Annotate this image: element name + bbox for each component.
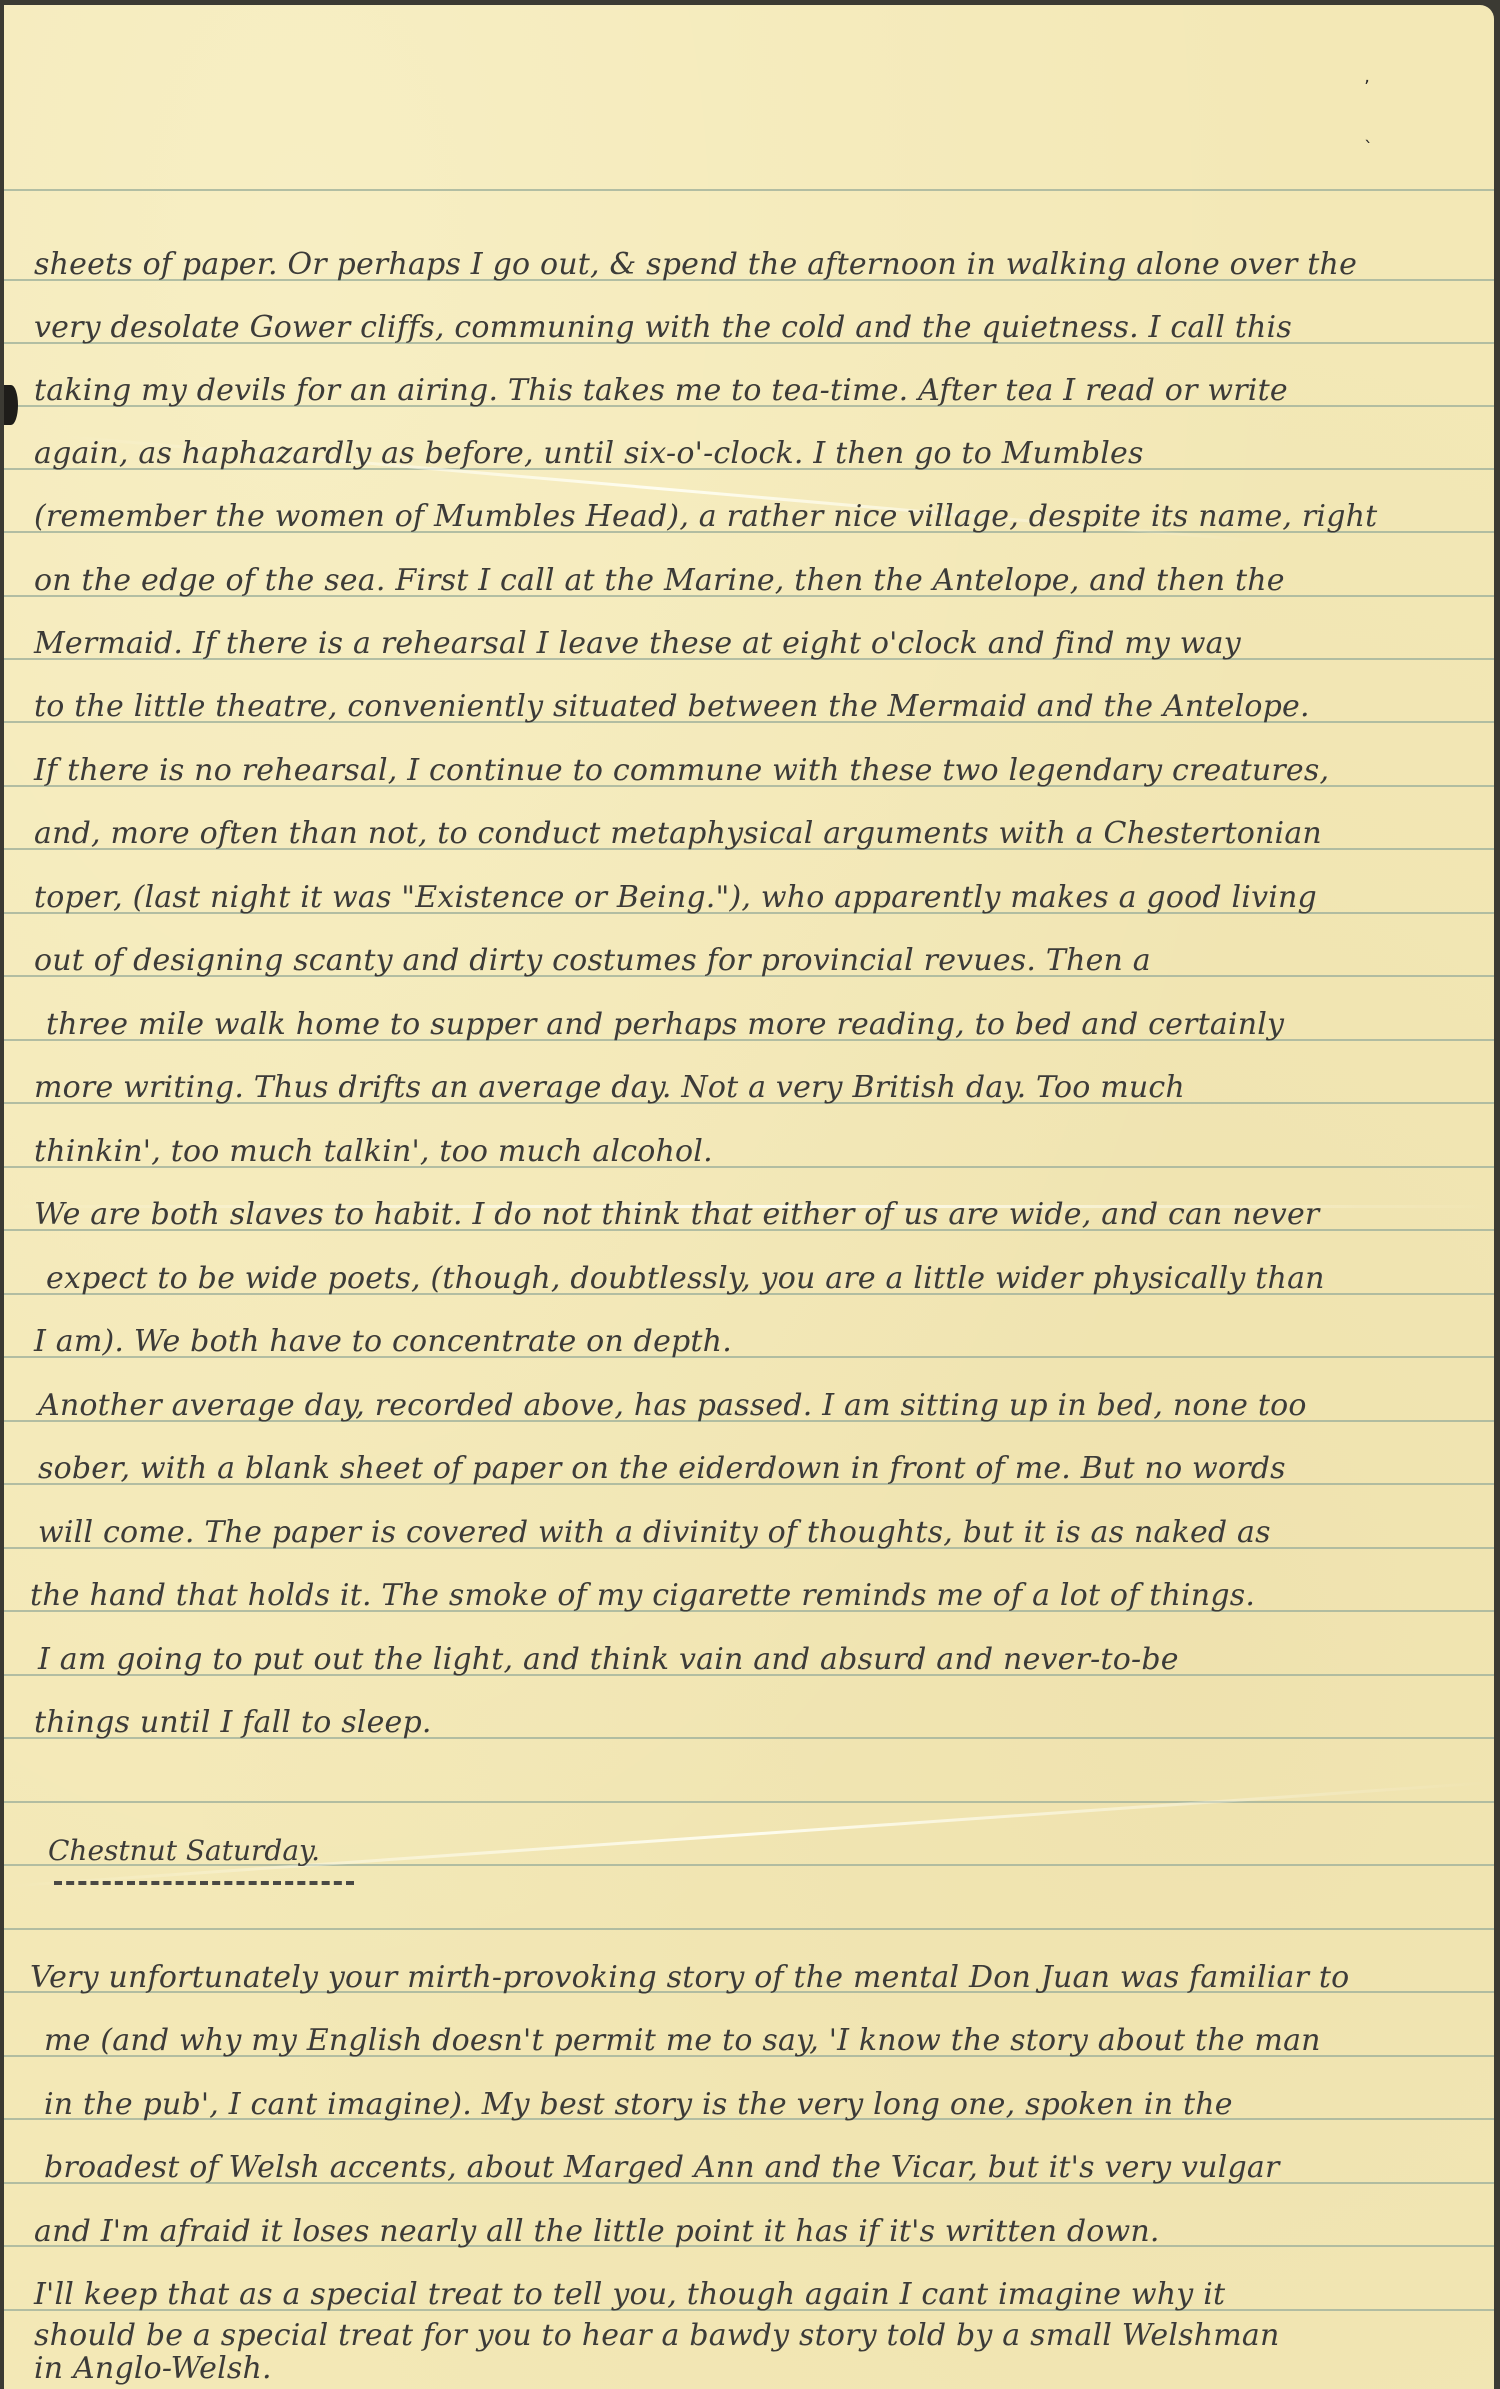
letter-page: ʼ ˎ sheets of paper. Or perhaps I go out… [4, 5, 1494, 2389]
text-line: and I'm afraid it loses nearly all the l… [34, 2214, 1160, 2250]
text-line: I am). We both have to concentrate on de… [34, 1324, 732, 1360]
text-line: If there is no rehearsal, I continue to … [34, 753, 1329, 789]
text-line: We are both slaves to habit. I do not th… [34, 1197, 1319, 1233]
text-line: in the pub', I cant imagine). My best st… [44, 2087, 1233, 2123]
text-line: expect to be wide poets, (though, doubtl… [46, 1261, 1325, 1297]
text-line: Another average day, recorded above, has… [38, 1388, 1307, 1424]
text-line: toper, (last night it was "Existence or … [34, 880, 1317, 916]
text-line: me (and why my English doesn't permit me… [44, 2023, 1321, 2059]
text-line: sheets of paper. Or perhaps I go out, & … [34, 247, 1357, 283]
text-line: taking my devils for an airing. This tak… [34, 373, 1288, 409]
text-line: I'll keep that as a special treat to tel… [34, 2277, 1225, 2313]
text-line: broadest of Welsh accents, about Marged … [44, 2150, 1280, 2186]
ruled-line [4, 1928, 1494, 1930]
ruled-line [4, 189, 1494, 191]
text-line: should be a special treat for you to hea… [34, 2318, 1280, 2354]
text-line: very desolate Gower cliffs, communing wi… [34, 310, 1292, 346]
heading-dashed-underline [54, 1881, 354, 1885]
text-line: on the edge of the sea. First I call at … [34, 563, 1285, 599]
section-heading: Chestnut Saturday. [48, 1834, 320, 1867]
text-line: I am going to put out the light, and thi… [38, 1642, 1179, 1678]
text-line: Mermaid. If there is a rehearsal I leave… [34, 626, 1241, 662]
text-line: three mile walk home to supper and perha… [46, 1007, 1284, 1043]
ruled-line [4, 1801, 1494, 1803]
text-line: Very unfortunately your mirth-provoking … [30, 1960, 1349, 1996]
text-line: in Anglo-Welsh. [34, 2351, 272, 2387]
edge-stain [4, 385, 18, 425]
text-line: thinkin', too much talkin', too much alc… [34, 1134, 713, 1170]
text-line: things until I fall to sleep. [34, 1705, 432, 1741]
text-line: the hand that holds it. The smoke of my … [30, 1578, 1255, 1614]
text-line: to the little theatre, conveniently situ… [34, 689, 1310, 725]
text-line: sober, with a blank sheet of paper on th… [38, 1451, 1286, 1487]
text-line: and, more often than not, to conduct met… [34, 816, 1322, 852]
text-line: again, as haphazardly as before, until s… [34, 436, 1144, 472]
corner-marks: ʼ ˎ [1364, 65, 1373, 157]
text-line: out of designing scanty and dirty costum… [34, 943, 1151, 979]
text-line: will come. The paper is covered with a d… [38, 1515, 1271, 1551]
text-line: (remember the women of Mumbles Head), a … [34, 499, 1377, 535]
text-line: more writing. Thus drifts an average day… [34, 1070, 1185, 1106]
